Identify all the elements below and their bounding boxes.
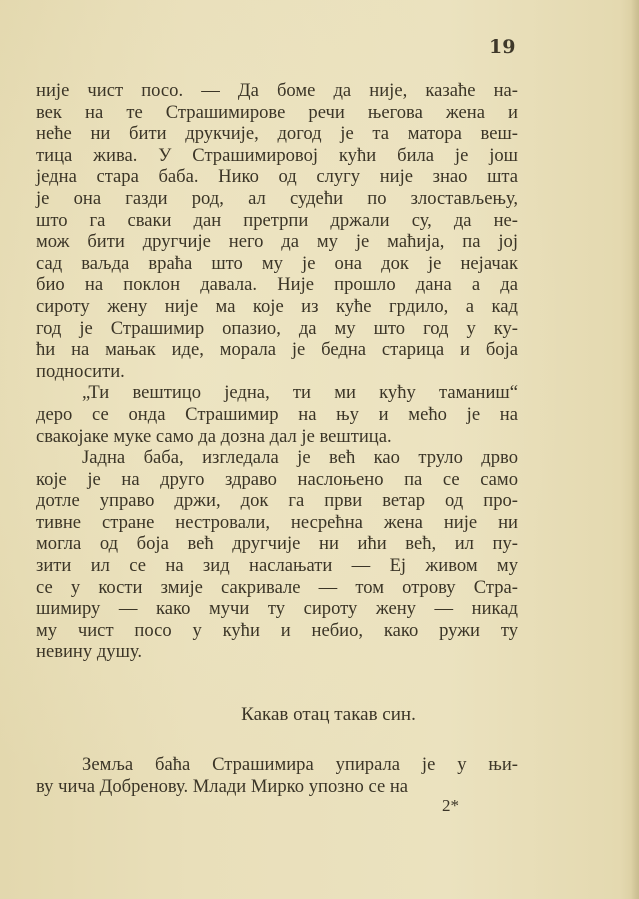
text-line: што га сваки дан претрпи држали су, да н… [36, 210, 518, 232]
text-line: подносити. [36, 361, 518, 383]
text-line: свакојаке муке само да дозна дал је вешт… [36, 426, 518, 448]
text-line: се у кости змије сакривале — том отрову … [36, 577, 518, 599]
text-line: Јадна баба, изгледала је већ као труло д… [36, 447, 518, 469]
text-line: дотле управо држи, док га први ветар од … [36, 490, 518, 512]
section-heading: Какав отац такав син. [0, 704, 639, 726]
text-line: тивне стране нестровали, несрећна жена н… [36, 512, 518, 534]
text-line: век на те Страшимирове речи његова жена … [36, 102, 518, 124]
text-line: није чист посо. — Да боме да није, казаћ… [36, 80, 518, 102]
text-line: тица жива. У Страшимировој кући била је … [36, 145, 518, 167]
text-line: му чист посо у кући и небио, како ружи т… [36, 620, 518, 642]
page-edge-shadow [631, 0, 639, 899]
paragraph: Земља баћа Страшимира упирала је у њи-ву… [36, 754, 518, 797]
text-line: Земља баћа Страшимира упирала је у њи- [36, 754, 518, 776]
book-page: 19 није чист посо. — Да боме да није, ка… [0, 0, 639, 899]
text-line: шимиру — како мучи ту сироту жену — ника… [36, 598, 518, 620]
text-line: које је на друго здраво наслоњено па се … [36, 469, 518, 491]
text-line: неће ни бити друкчије, догод је та матор… [36, 123, 518, 145]
text-line: ћи на мањак иде, морала је бедна старица… [36, 339, 518, 361]
text-line: год је Страшимир опазио, да му што год у… [36, 318, 518, 340]
paragraph: Јадна баба, изгледала је већ као труло д… [36, 447, 518, 663]
text-line: једна стара баба. Нико од слугу није зна… [36, 166, 518, 188]
text-line: сад ваљда враћа што му је она док је неј… [36, 253, 518, 275]
page-number: 19 [489, 36, 515, 58]
paragraph: није чист посо. — Да боме да није, казаћ… [36, 80, 518, 382]
text-line: могла од боја већ другчије ни ићи већ, и… [36, 533, 518, 555]
signature-mark: 2* [442, 796, 459, 816]
text-line: био на поклон давала. Није прошло дана а… [36, 274, 518, 296]
text-line: сироту жену није ма које из куће грдило,… [36, 296, 518, 318]
section-body-text: Земља баћа Страшимира упирала је у њи-ву… [36, 754, 518, 797]
body-text: није чист посо. — Да боме да није, казаћ… [36, 80, 518, 663]
text-line: деро се онда Страшимир на њу и мећо је н… [36, 404, 518, 426]
text-line: невину душу. [36, 641, 518, 663]
paragraph: „Ти вештицо једна, ти ми кућу таманиш“де… [36, 382, 518, 447]
text-line: мож бити другчије него да му је маћија, … [36, 231, 518, 253]
text-line: „Ти вештицо једна, ти ми кућу таманиш“ [36, 382, 518, 404]
text-line: ву чича Добренову. Млади Мирко упозно се… [36, 776, 518, 798]
text-line: је она газди род, ал судећи по злоставље… [36, 188, 518, 210]
text-line: зити ил се на зид наслањати — Еј живом м… [36, 555, 518, 577]
